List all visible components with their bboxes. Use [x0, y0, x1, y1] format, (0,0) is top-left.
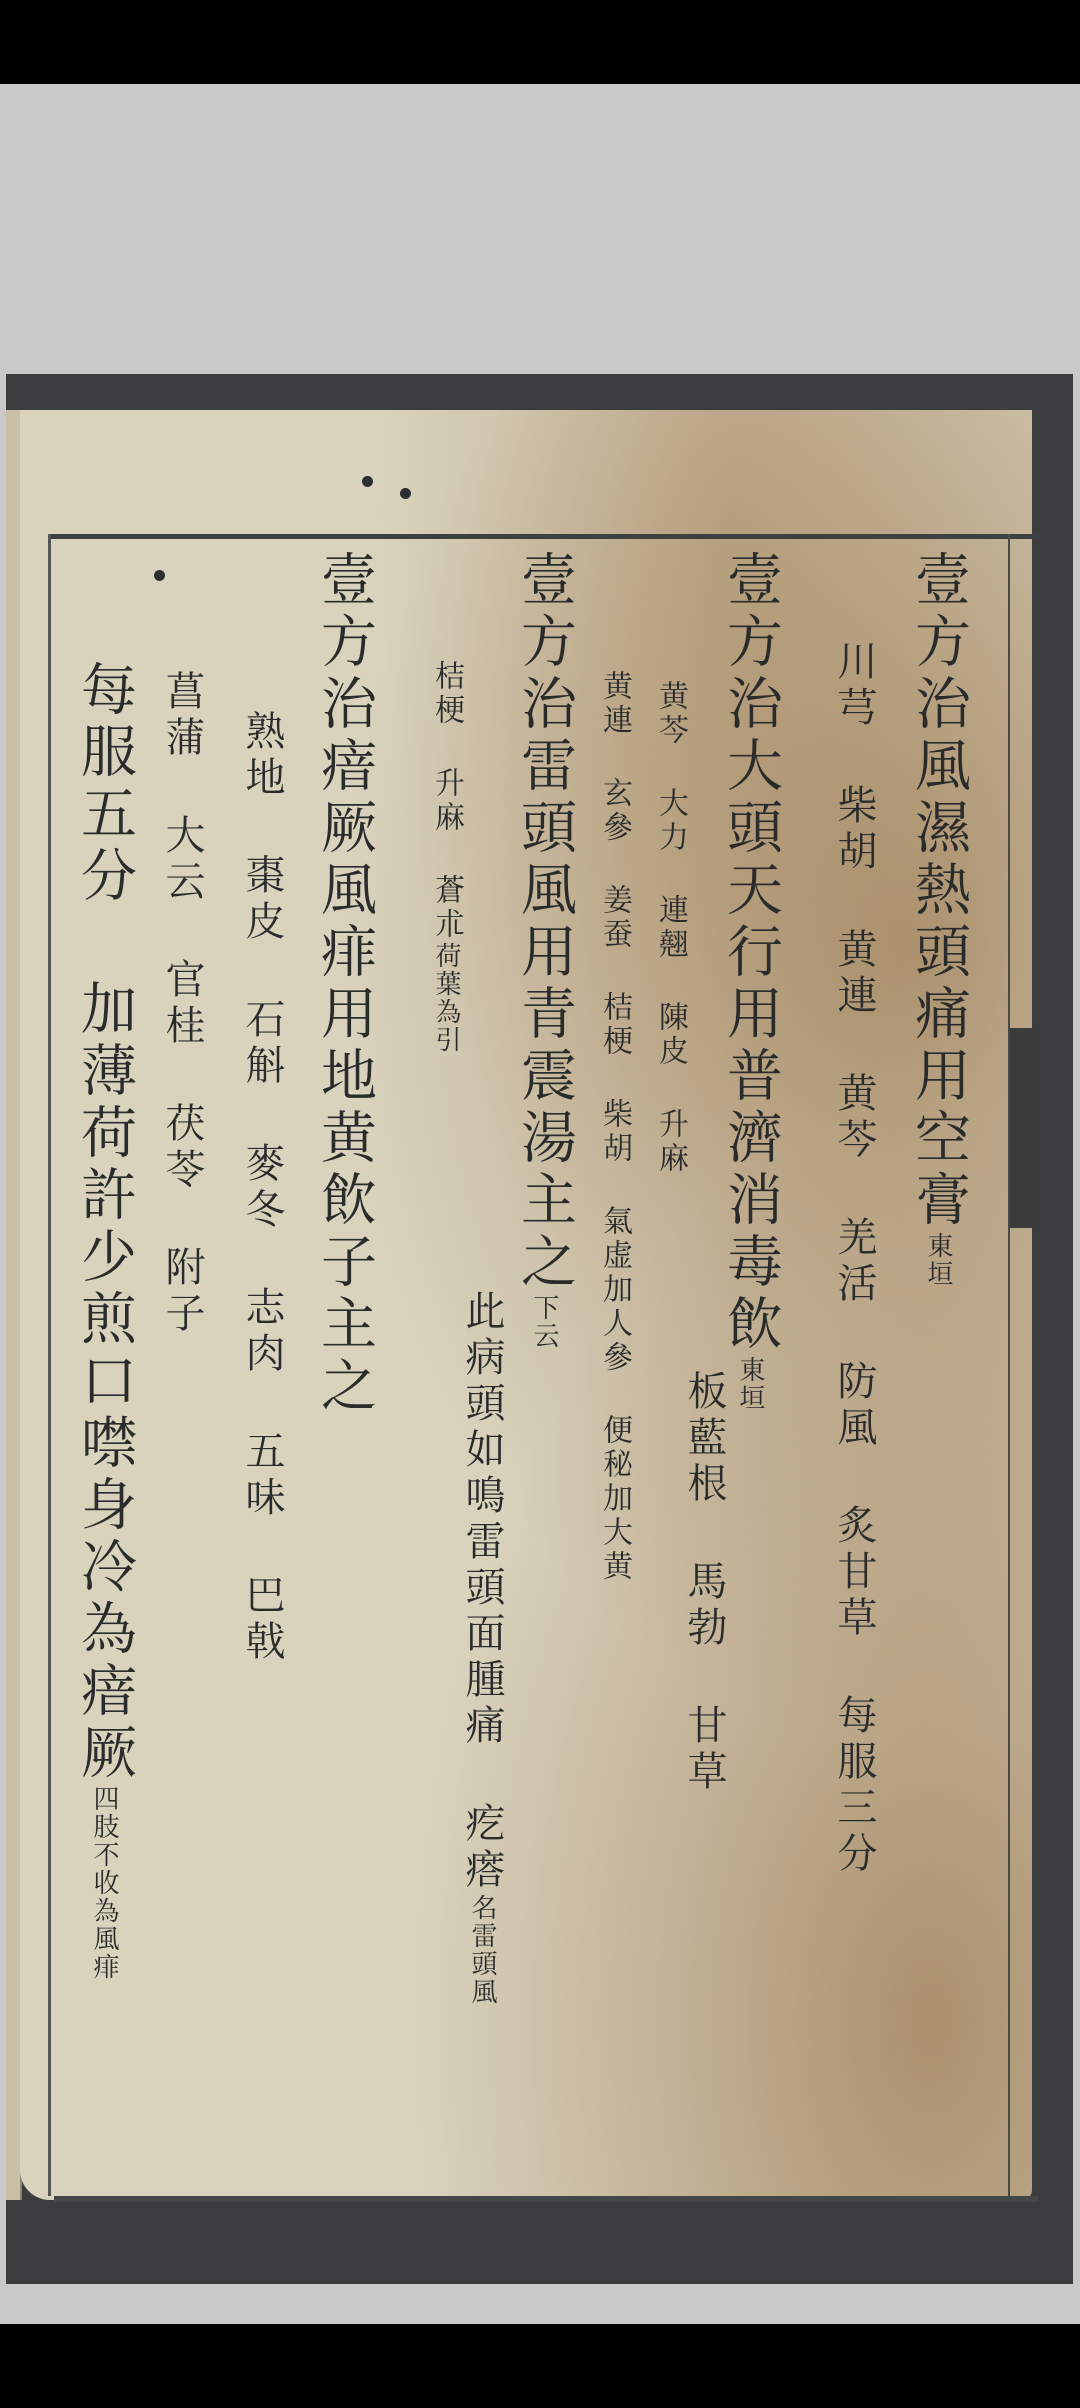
text-column-5: 壹方治雷頭風用青震湯主之下云	[514, 550, 574, 1350]
column-text: 壹方治風濕熱頭痛用空膏	[906, 550, 971, 1232]
frame-line-top	[48, 534, 1038, 539]
column-note: 荷葉為引	[431, 942, 461, 1054]
text-column-3b: 板藍根 馬勃 甘草	[682, 1370, 726, 1796]
text-column-7: 壹方治瘖厥風痱用地黄飲子主之	[314, 550, 374, 1418]
column-text: 每服五分 加薄荷許少煎口噤身冷為瘖厥	[72, 660, 137, 1785]
column-note: 東垣	[735, 1356, 765, 1412]
ink-dot	[400, 488, 411, 499]
column-text: 桔梗 升麻 蒼朮	[429, 660, 464, 942]
column-text: 板藍根 馬勃 甘草	[681, 1370, 727, 1796]
text-column-1: 壹方治風濕熱頭痛用空膏東垣	[908, 550, 968, 1288]
text-column-10: 每服五分 加薄荷許少煎口噤身冷為瘖厥四肢不收為風痱	[74, 660, 134, 1981]
column-text: 壹方治大頭天行用普濟消毒飲	[718, 550, 783, 1356]
column-text: 熟地 棗皮 石斛 麥冬 志肉 五味 巴戟	[239, 710, 285, 1666]
ink-dot	[362, 476, 373, 487]
page-tab	[1010, 1028, 1036, 1228]
column-note: 名雷頭風	[467, 1894, 497, 2006]
frame-line-left	[48, 534, 51, 2196]
column-text: 此病頭如鳴雷頭面腫痛 疙瘩	[459, 1290, 505, 1894]
manuscript-page: 壹方治風濕熱頭痛用空膏東垣 川芎 柴胡 黄連 黄芩 羌活 防風 炙甘草 每服三分…	[20, 410, 1032, 2200]
column-note: 四肢不收為風痱	[89, 1785, 119, 1981]
image-viewer[interactable]: 壹方治風濕熱頭痛用空膏東垣 川芎 柴胡 黄連 黄芩 羌活 防風 炙甘草 每服三分…	[0, 84, 1080, 2324]
column-text: 菖蒲 大云 官桂 茯苓 附子	[159, 670, 205, 1338]
column-text: 川芎 柴胡 黄連 黄芩 羌活 防風 炙甘草 每服三分	[831, 640, 877, 1878]
column-text: 壹方治瘖厥風痱用地黄飲子主之	[312, 550, 377, 1418]
text-column-3: 壹方治大頭天行用普濟消毒飲東垣	[720, 550, 780, 1412]
text-column-9: 菖蒲 大云 官桂 茯苓 附子	[160, 670, 204, 1338]
column-text: 壹方治雷頭風用青震湯主之	[512, 550, 577, 1294]
text-column-5b: 此病頭如鳴雷頭面腫痛 疙瘩名雷頭風	[460, 1290, 504, 2006]
column-note: 東垣	[923, 1232, 953, 1288]
text-column-2: 川芎 柴胡 黄連 黄芩 羌活 防風 炙甘草 每服三分	[832, 640, 876, 1878]
status-bar	[0, 0, 1080, 84]
manuscript-scan: 壹方治風濕熱頭痛用空膏東垣 川芎 柴胡 黄連 黄芩 羌活 防風 炙甘草 每服三分…	[6, 374, 1073, 2284]
text-column-4b: 黄連 玄參 姜蚕 桔梗 柴胡 氣虚加人參 便秘加大黄	[598, 670, 630, 1584]
text-column-4a: 黄芩 大力 連翹 陳皮 升麻	[654, 680, 686, 1176]
column-note: 下云	[529, 1294, 559, 1350]
column-text: 黄芩 大力 連翹 陳皮 升麻	[653, 680, 688, 1176]
text-column-8: 熟地 棗皮 石斛 麥冬 志肉 五味 巴戟	[240, 710, 284, 1666]
frame-line-right	[1008, 534, 1010, 2196]
frame-line-bottom	[54, 2196, 1039, 2202]
navigation-bar	[0, 2324, 1080, 2408]
text-column-6: 桔梗 升麻 蒼朮荷葉為引	[430, 660, 462, 1054]
ink-dot	[154, 570, 165, 581]
column-text: 黄連 玄參 姜蚕 桔梗 柴胡 氣虚加人參 便秘加大黄	[597, 670, 632, 1584]
